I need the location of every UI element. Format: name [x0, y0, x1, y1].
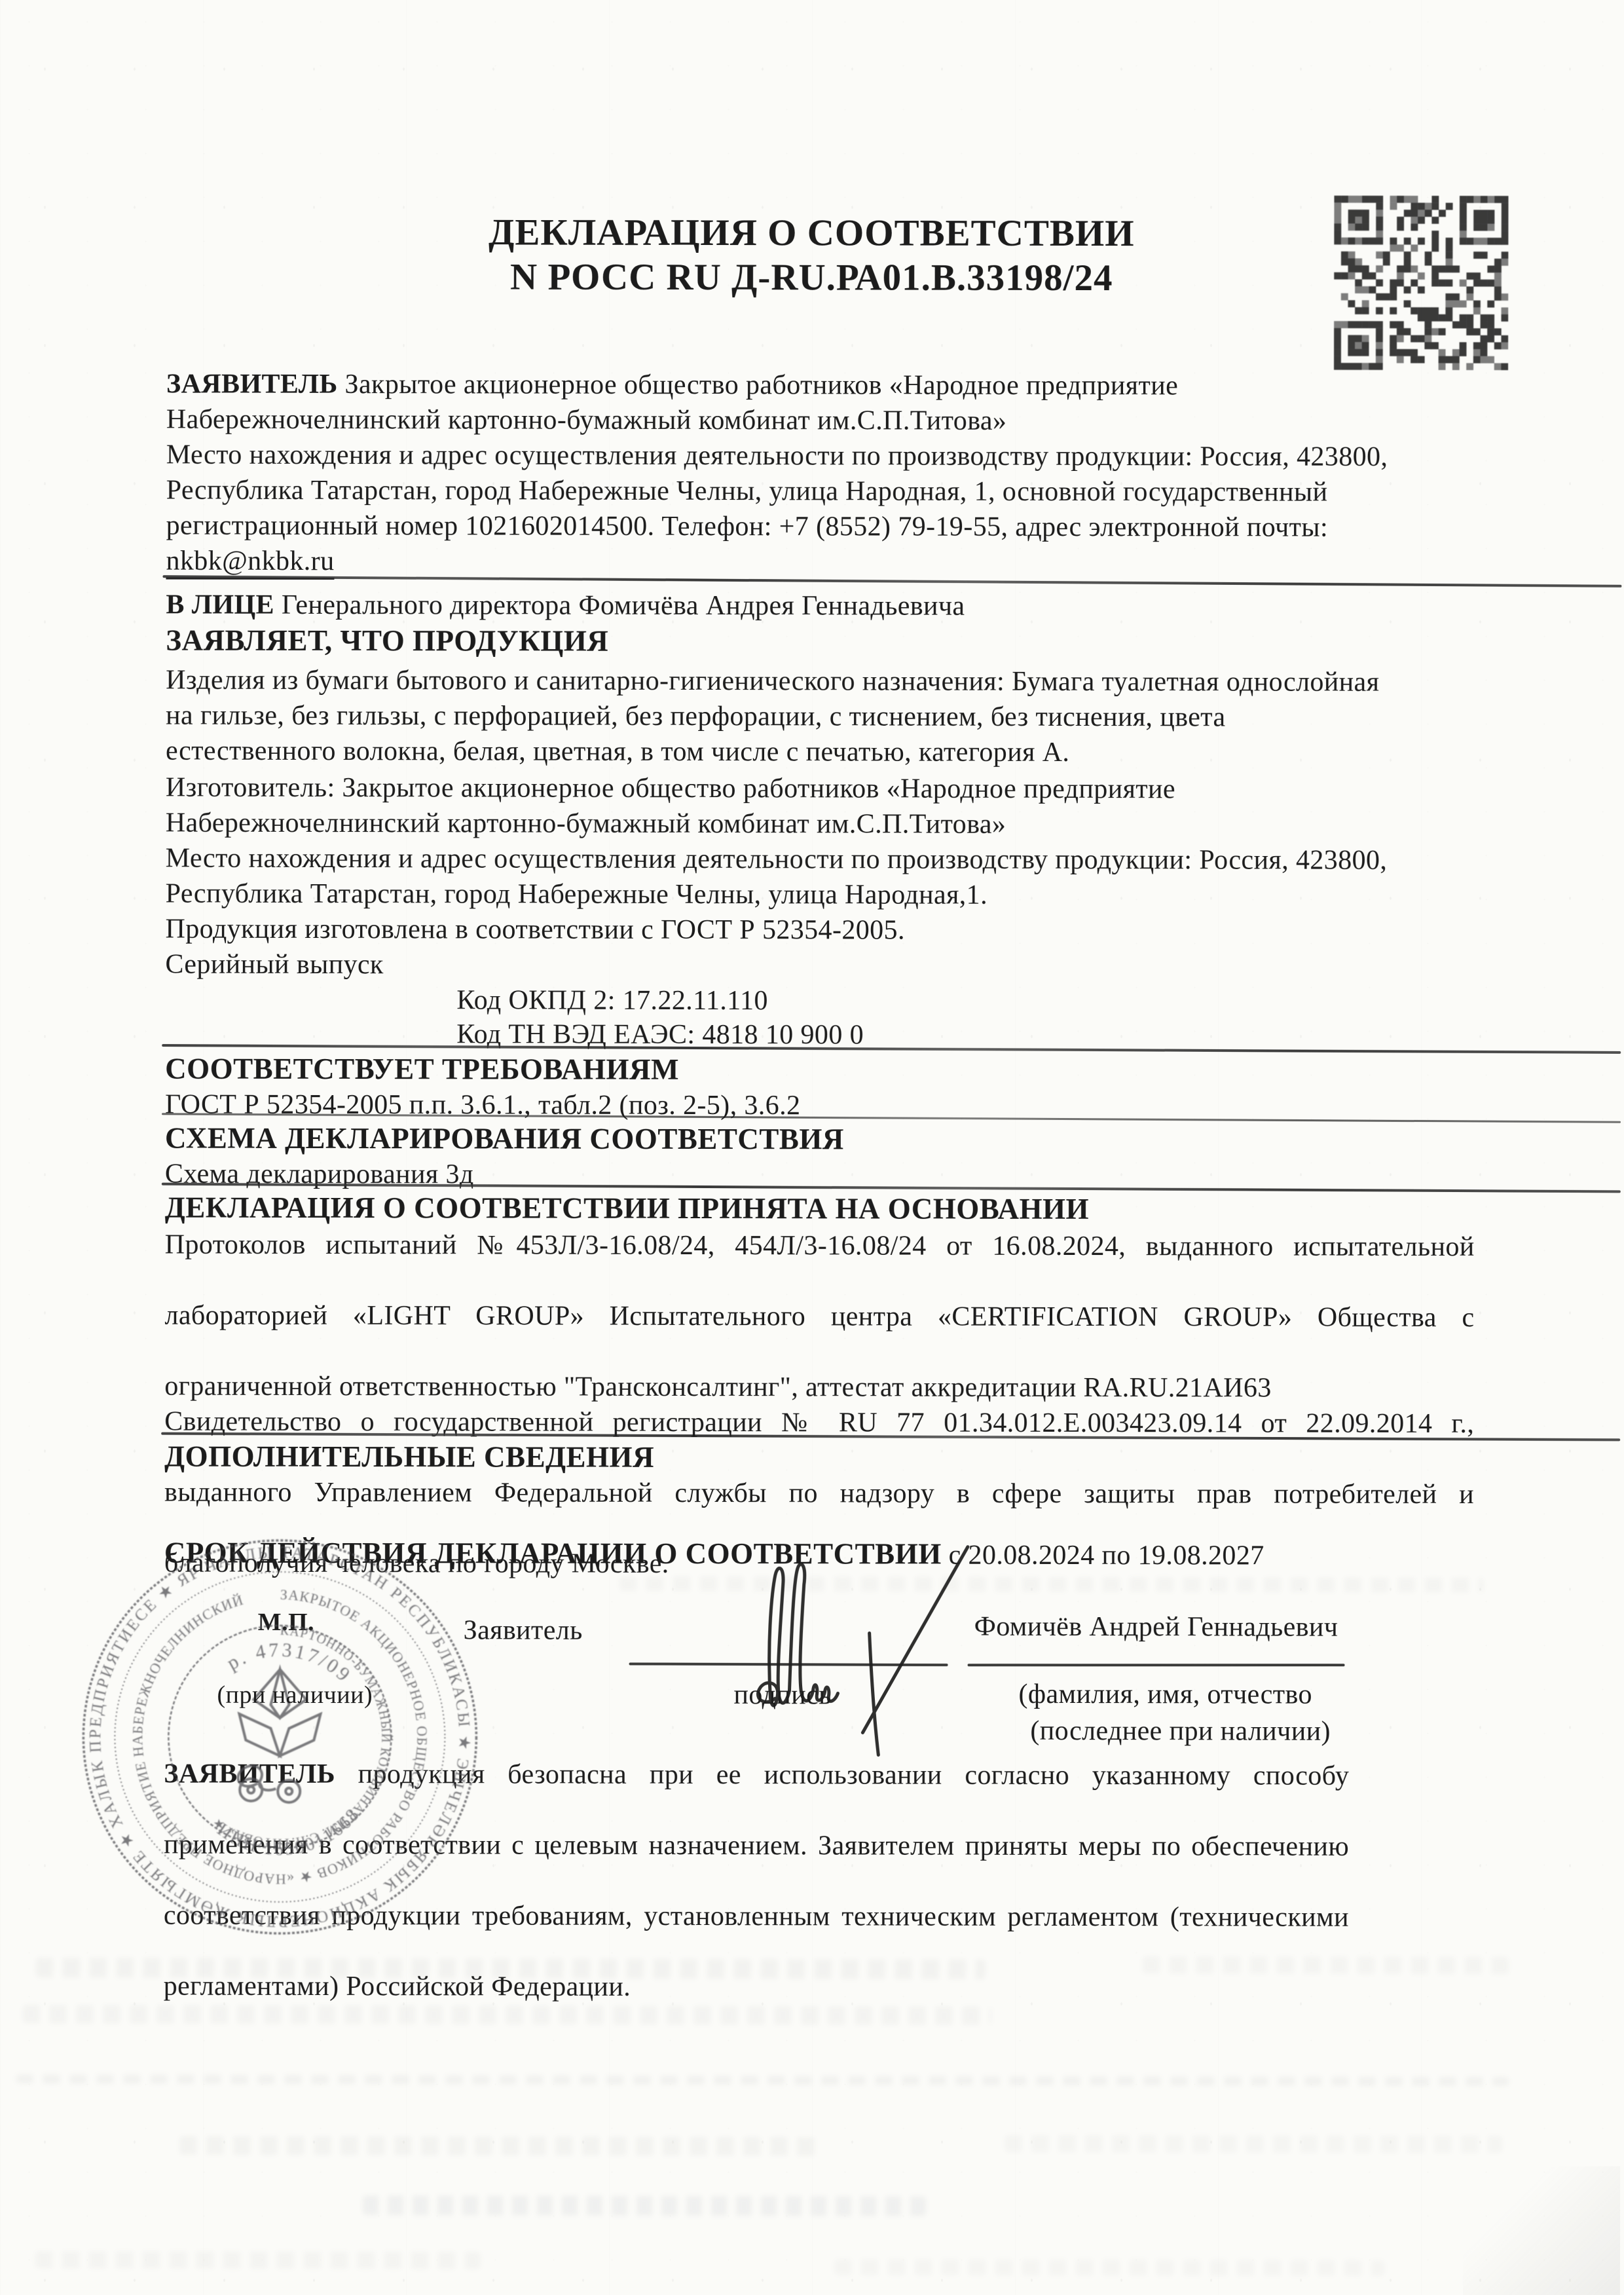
- manufacturer-section: Изготовитель: Закрытое акционерное общес…: [165, 770, 1482, 985]
- bleed-through-mark: [179, 2136, 821, 2156]
- bleed-through-mark: [363, 2195, 926, 2216]
- svg-text:ИНН 1650011668: ИНН 1650011668: [213, 1804, 364, 1860]
- company-seal: ТАТАРСТАН РЕСПУБЛИКАСЫ ★ ЭШЧЕЛӘР ЯБЫК АК…: [70, 1527, 490, 1947]
- text-line: ЗАЯВИТЕЛЬ Закрытое акционерное общество …: [166, 367, 1483, 405]
- bleed-through-mark: [35, 2251, 481, 2269]
- text-line: регламентами) Российской Федерации.: [164, 1969, 1349, 2006]
- text-line: Изделия из бумаги бытового и санитарно-г…: [166, 663, 1482, 701]
- okpd-code: Код ОКПД 2: 17.22.11.110: [456, 982, 768, 1018]
- name-caption: (фамилия, имя, отчество: [1018, 1677, 1312, 1713]
- text-line: естественного волокна, белая, цветная, в…: [166, 734, 1482, 772]
- text-line: Место нахождения и адрес осуществления д…: [166, 438, 1483, 476]
- product-description: Изделия из бумаги бытового и санитарно-г…: [166, 663, 1482, 772]
- declares-heading: ЗАЯВЛЯЕТ, ЧТО ПРОДУКЦИЯ: [166, 624, 608, 658]
- text-line: ограниченной ответственностью "Трансконс…: [164, 1369, 1474, 1406]
- scan-shadow: [1463, 2166, 1620, 2295]
- text-line: Продукция изготовлена в соответствии с Г…: [165, 912, 1481, 950]
- text-line: Набережночелнинский картонно-бумажный ко…: [166, 806, 1482, 844]
- in-person-line: В ЛИЦЕ Генерального директора Фомичёва А…: [166, 588, 965, 624]
- seal-place-note: (при наличии): [217, 1681, 373, 1709]
- scheme-heading: СХЕМА ДЕКЛАРИРОВАНИЯ СООТВЕТСТВИЯ: [165, 1121, 844, 1157]
- complies-heading: СООТВЕТСТВУЕТ ТРЕБОВАНИЯМ: [165, 1052, 679, 1087]
- text-line: Изготовитель: Закрытое акционерное общес…: [166, 770, 1482, 808]
- text-line: на гильзе, без гильзы, с перфорацией, бе…: [166, 698, 1482, 736]
- qr-code: [1334, 196, 1508, 370]
- name-line: [968, 1664, 1345, 1666]
- bleed-through-mark: [16, 2074, 1509, 2086]
- text-line: Республика Татарстан, город Набережные Ч…: [166, 876, 1482, 914]
- document-body: ДЕКЛАРАЦИЯ О СООТВЕТСТВИИ N РОСС RU Д-RU…: [0, 0, 1624, 2295]
- applicant-section: ЗАЯВИТЕЛЬ Закрытое акционерное общество …: [166, 367, 1483, 582]
- email-link[interactable]: nkbk@nkbk.ru: [166, 544, 1482, 582]
- text-line: Место нахождения и адрес осуществления д…: [166, 841, 1482, 879]
- text-line: Серийный выпуск: [165, 947, 1481, 985]
- name-caption-2: (последнее при наличии): [1030, 1713, 1331, 1749]
- applicant-label: ЗАЯВИТЕЛЬ: [166, 369, 338, 400]
- signatory-name: Фомичёв Андрей Геннадьевич: [974, 1609, 1338, 1645]
- text-line: регистрационный номер 1021602014500. Тел…: [166, 508, 1483, 546]
- text-line: Протоколов испытаний №453Л/3-16.08/24, 4…: [165, 1227, 1475, 1300]
- scheme-text: Схема декларирования 3д: [165, 1157, 474, 1193]
- bleed-through-mark: [1005, 2135, 1502, 2153]
- additional-heading: ДОПОЛНИТЕЛЬНЫЕ СВЕДЕНИЯ: [164, 1440, 654, 1474]
- text-line: Республика Татарстан, город Набережные Ч…: [166, 473, 1483, 511]
- bleed-through-mark: [834, 2259, 1384, 2275]
- scanned-declaration-page: ДЕКЛАРАЦИЯ О СООТВЕТСТВИИ N РОСС RU Д-RU…: [0, 0, 1624, 2295]
- text-line: лабораторией «LIGHT GROUP» Испытательног…: [164, 1298, 1474, 1371]
- seal-inn-number: ИНН 1650011668: [213, 1804, 364, 1860]
- text-line: Набережночелнинский картонно-бумажный ко…: [166, 402, 1483, 440]
- handwritten-signature: [734, 1535, 997, 1758]
- bleed-through-mark: [23, 2005, 992, 2025]
- basis-heading: ДЕКЛАРАЦИЯ О СООТВЕТСТВИИ ПРИНЯТА НА ОСН…: [165, 1191, 1089, 1226]
